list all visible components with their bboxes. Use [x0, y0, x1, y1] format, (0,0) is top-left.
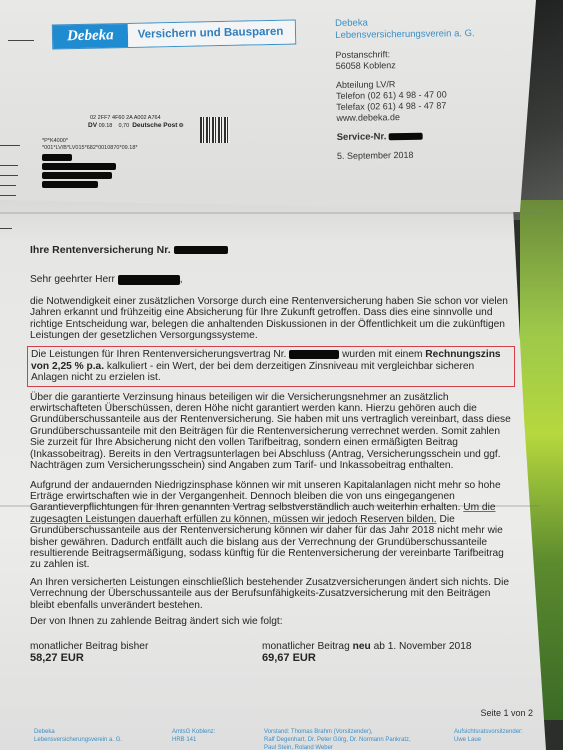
logo-tagline: Versichern und Bausparen [127, 20, 295, 47]
recipient-address: *P*K4000* *001*LV/B*LV015*682*0010870*09… [42, 138, 138, 188]
fold-mark [0, 185, 16, 186]
sender-block: Debeka Lebensversicherungsverein a. G. P… [335, 16, 476, 162]
premium-comparison: monatlicher Beitrag bisher 58,27 EUR mon… [30, 641, 515, 664]
postage-stamp: 02 2FF7 4F60 2A A002 A764 DV 09.18 0,70 … [88, 115, 184, 130]
letter-footer: DebekaLebensversicherungsverein a. G. Am… [34, 728, 544, 750]
redaction [289, 350, 339, 359]
postage-details: DV 09.18 0,70 Deutsche Post ❂ [88, 122, 184, 130]
redacted-address [42, 154, 138, 188]
paragraph-surplus: Über die garantierte Verzinsung hinaus b… [30, 392, 515, 472]
fold-mark [0, 145, 20, 146]
fold-mark [8, 40, 34, 41]
sender-name-full: Lebensversicherungsverein a. G. [335, 28, 475, 42]
footer-board: Vorstand: Thomas Brahm (Vorsitzender),Ra… [264, 728, 454, 750]
premium-new: monatlicher Beitrag neu ab 1. November 2… [262, 641, 494, 664]
footer-supervisory: Aufsichtsratsvorsitzender:Uwe Laue [454, 728, 523, 750]
footer-court: AmtsG Koblenz:HRB 141 [172, 728, 264, 750]
redaction [389, 133, 423, 140]
postage-code: 02 2FF7 4F60 2A A002 A764 [88, 115, 184, 122]
premium-old: monatlicher Beitrag bisher 58,27 EUR [30, 641, 262, 664]
posthorn-icon: ❂ [179, 123, 184, 129]
subject-line: Ihre Rentenversicherung Nr. [30, 245, 515, 256]
datamatrix-code [200, 117, 230, 143]
fold-mark [0, 165, 18, 166]
debeka-logo: Debeka Versichern und Bausparen [52, 19, 297, 49]
letter-body: Ihre Rentenversicherung Nr. Sehr geehrte… [30, 245, 515, 664]
paragraph-benefits: An Ihren versicherten Leistungen einschl… [30, 577, 515, 611]
fold-mark [0, 195, 16, 196]
logo-wordmark: Debeka [53, 24, 128, 49]
redaction [118, 275, 180, 285]
routing-line-2: *001*LV/B*LV015*682*0010870*09.18* [42, 145, 138, 152]
page-indicator: Seite 1 von 2 [480, 708, 533, 718]
new-premium-value: 69,67 EUR [262, 653, 494, 664]
redaction [174, 246, 228, 254]
footer-company: DebekaLebensversicherungsverein a. G. [34, 728, 172, 750]
paragraph-low-interest: Aufgrund der andauernden Niedrigzinsphas… [30, 480, 515, 571]
fold-mark [0, 175, 18, 176]
routing-line-1: *P*K4000* [42, 138, 138, 145]
highlighted-interest-box: Die Leistungen für Ihren Rentenversicher… [27, 346, 515, 386]
paragraph-change: Der von Ihnen zu zahlende Beitrag ändert… [30, 616, 515, 627]
fold-mark [0, 228, 12, 229]
greeting: Sehr geehrter Herr , [30, 274, 515, 285]
letter-date: 5. September 2018 [337, 149, 477, 162]
old-premium-value: 58,27 EUR [30, 653, 262, 664]
fold-line [0, 212, 540, 214]
paragraph-intro: die Notwendigkeit einer zusätzlichen Vor… [30, 296, 515, 342]
